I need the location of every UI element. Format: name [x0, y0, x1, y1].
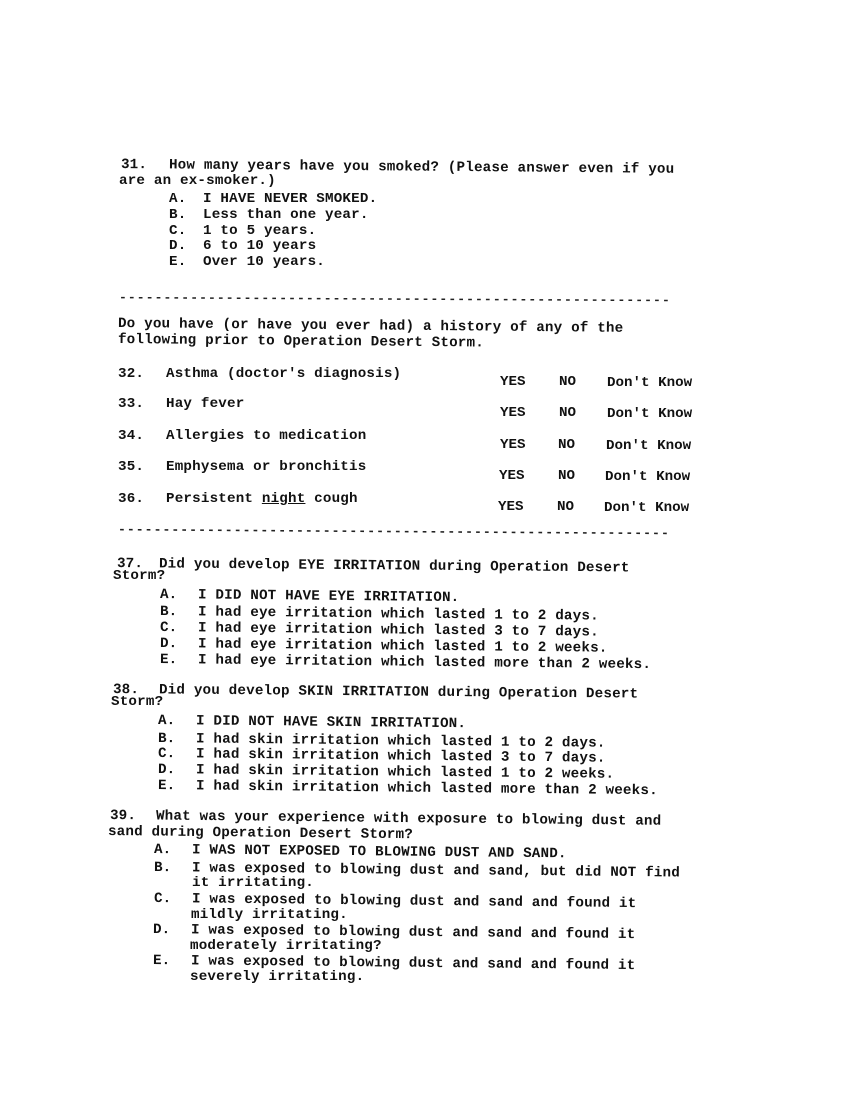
- dont-know-option-35[interactable]: Don't Know: [605, 469, 690, 485]
- option-31-d[interactable]: D.6 to 10 years: [169, 238, 316, 254]
- no-option-34[interactable]: NO: [558, 437, 575, 453]
- yes-option-36[interactable]: YES: [498, 499, 524, 515]
- question-39-text-cont: sand during Operation Desert Storm?: [108, 824, 413, 843]
- option-31-a[interactable]: A.I HAVE NEVER SMOKED.: [169, 191, 377, 207]
- option-39-c-cont: mildly irritating.: [191, 907, 348, 923]
- option-39-b-cont: it irritating.: [192, 875, 314, 891]
- dont-know-option-34[interactable]: Don't Know: [606, 438, 691, 454]
- question-38-text: 38.Did you develop SKIN IRRITATION durin…: [113, 682, 638, 703]
- dont-know-option-33[interactable]: Don't Know: [607, 406, 692, 422]
- no-option-32[interactable]: NO: [559, 374, 576, 390]
- question-38-text-cont: Storm?: [111, 694, 163, 710]
- dashed-divider: ----------------------------------------…: [118, 525, 740, 539]
- question-37-text-cont: Storm?: [113, 568, 165, 584]
- history-item-36: 36.Persistent night cough: [118, 491, 358, 507]
- question-number: 31.: [121, 157, 169, 173]
- history-item-34: 34.Allergies to medication: [118, 428, 366, 444]
- dashed-divider: ----------------------------------------…: [119, 293, 744, 306]
- option-37-a[interactable]: A.I DID NOT HAVE EYE IRRITATION.: [160, 587, 460, 606]
- history-intro-cont: following prior to Operation Desert Stor…: [118, 332, 484, 352]
- question-31-text-cont: are an ex-smoker.): [119, 173, 276, 189]
- option-31-e[interactable]: E.Over 10 years.: [169, 254, 325, 270]
- option-31-b[interactable]: B.Less than one year.: [169, 207, 369, 223]
- option-38-a[interactable]: A.I DID NOT HAVE SKIN IRRITATION.: [158, 713, 466, 732]
- questionnaire-page: 31.How many years have you smoked? (Plea…: [0, 0, 848, 1100]
- underlined-word: night: [262, 491, 306, 507]
- history-item-32: 32.Asthma (doctor's diagnosis): [118, 366, 401, 382]
- dont-know-option-36[interactable]: Don't Know: [604, 500, 689, 516]
- history-item-33: 33.Hay fever: [118, 396, 244, 412]
- yes-option-35[interactable]: YES: [499, 468, 525, 484]
- no-option-36[interactable]: NO: [557, 499, 574, 515]
- option-31-c[interactable]: C.1 to 5 years.: [169, 223, 316, 239]
- option-39-a[interactable]: A.I WAS NOT EXPOSED TO BLOWING DUST AND …: [154, 842, 567, 862]
- no-option-33[interactable]: NO: [559, 405, 576, 421]
- yes-option-34[interactable]: YES: [500, 437, 526, 453]
- question-37-text: 37.Did you develop EYE IRRITATION during…: [117, 556, 630, 576]
- option-39-d-cont: moderately irritating?: [190, 938, 382, 954]
- no-option-35[interactable]: NO: [558, 468, 575, 484]
- option-39-e-cont: severely irritating.: [190, 969, 364, 985]
- dont-know-option-32[interactable]: Don't Know: [607, 375, 692, 391]
- yes-option-33[interactable]: YES: [500, 405, 526, 421]
- history-item-35: 35.Emphysema or bronchitis: [118, 459, 366, 475]
- yes-option-32[interactable]: YES: [500, 374, 526, 390]
